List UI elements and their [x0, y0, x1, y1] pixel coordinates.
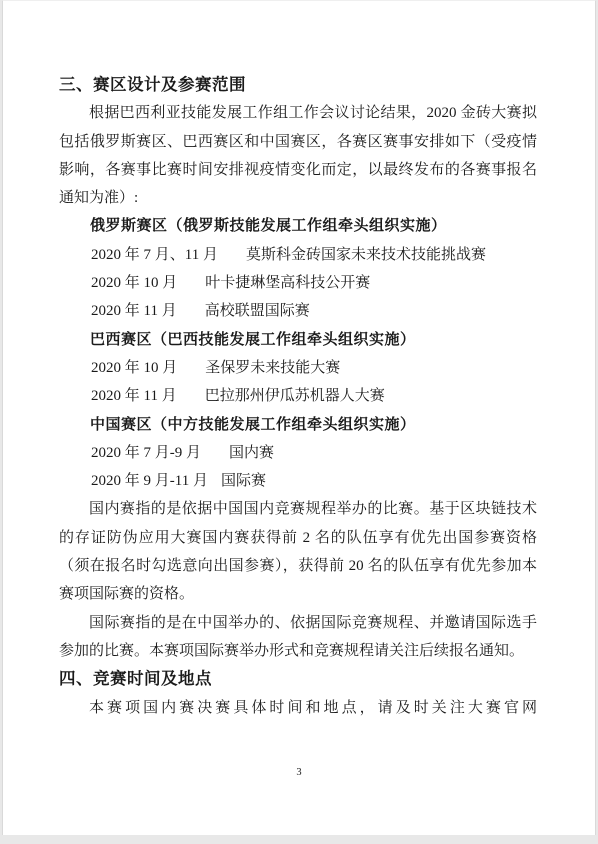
schedule-event: 巴拉那州伊瓜苏机器人大赛	[205, 388, 385, 404]
schedule-event: 国内赛	[229, 445, 274, 461]
page-number: 3	[3, 767, 595, 778]
schedule-row-russia-1: 2020 年 7 月、11 月莫斯科金砖国家未来技术技能挑战赛	[59, 241, 537, 269]
schedule-event: 莫斯科金砖国家未来技术技能挑战赛	[246, 247, 486, 263]
section-3-heading: 三、赛区设计及参赛范围	[59, 71, 537, 99]
schedule-event: 叶卡捷琳堡高科技公开赛	[205, 275, 370, 291]
section-4-heading: 四、竞赛时间及地点	[59, 665, 537, 693]
schedule-row-russia-3: 2020 年 11 月高校联盟国际赛	[59, 297, 537, 325]
schedule-row-brazil-2: 2020 年 11 月巴拉那州伊瓜苏机器人大赛	[59, 382, 537, 410]
schedule-date: 2020 年 7 月-9 月	[91, 445, 201, 461]
international-competition-paragraph: 国际赛指的是在中国举办的、依据国际竞赛规程、并邀请国际选手参加的比赛。本赛项国际…	[59, 609, 537, 666]
schedule-date: 2020 年 9 月-11 月	[91, 473, 208, 489]
closing-paragraph: 本赛项国内赛决赛具体时间和地点，请及时关注大赛官网	[59, 694, 537, 722]
domestic-competition-paragraph: 国内赛指的是依据中国国内竞赛规程举办的比赛。基于区块链技术的存证防伪应用大赛国内…	[59, 495, 537, 608]
brazil-zone-heading: 巴西赛区（巴西技能发展工作组牵头组织实施）	[59, 326, 537, 354]
schedule-date: 2020 年 7 月、11 月	[91, 247, 218, 263]
schedule-date: 2020 年 11 月	[91, 303, 177, 319]
schedule-date: 2020 年 11 月	[91, 388, 177, 404]
schedule-row-china-2: 2020 年 9 月-11 月国际赛	[59, 467, 537, 495]
intro-paragraph: 根据巴西利亚技能发展工作组工作会议讨论结果，2020 金砖大赛拟包括俄罗斯赛区、…	[59, 99, 537, 212]
schedule-date: 2020 年 10 月	[91, 275, 177, 291]
document-content: 三、赛区设计及参赛范围 根据巴西利亚技能发展工作组工作会议讨论结果，2020 金…	[59, 71, 537, 722]
schedule-row-china-1: 2020 年 7 月-9 月国内赛	[59, 439, 537, 467]
schedule-event: 高校联盟国际赛	[205, 303, 310, 319]
schedule-event: 圣保罗未来技能大赛	[205, 360, 340, 376]
schedule-event: 国际赛	[221, 473, 266, 489]
china-zone-heading: 中国赛区（中方技能发展工作组牵头组织实施）	[59, 411, 537, 439]
document-page: 三、赛区设计及参赛范围 根据巴西利亚技能发展工作组工作会议讨论结果，2020 金…	[2, 0, 596, 835]
schedule-date: 2020 年 10 月	[91, 360, 177, 376]
schedule-row-russia-2: 2020 年 10 月叶卡捷琳堡高科技公开赛	[59, 269, 537, 297]
russia-zone-heading: 俄罗斯赛区（俄罗斯技能发展工作组牵头组织实施）	[59, 212, 537, 240]
schedule-row-brazil-1: 2020 年 10 月圣保罗未来技能大赛	[59, 354, 537, 382]
